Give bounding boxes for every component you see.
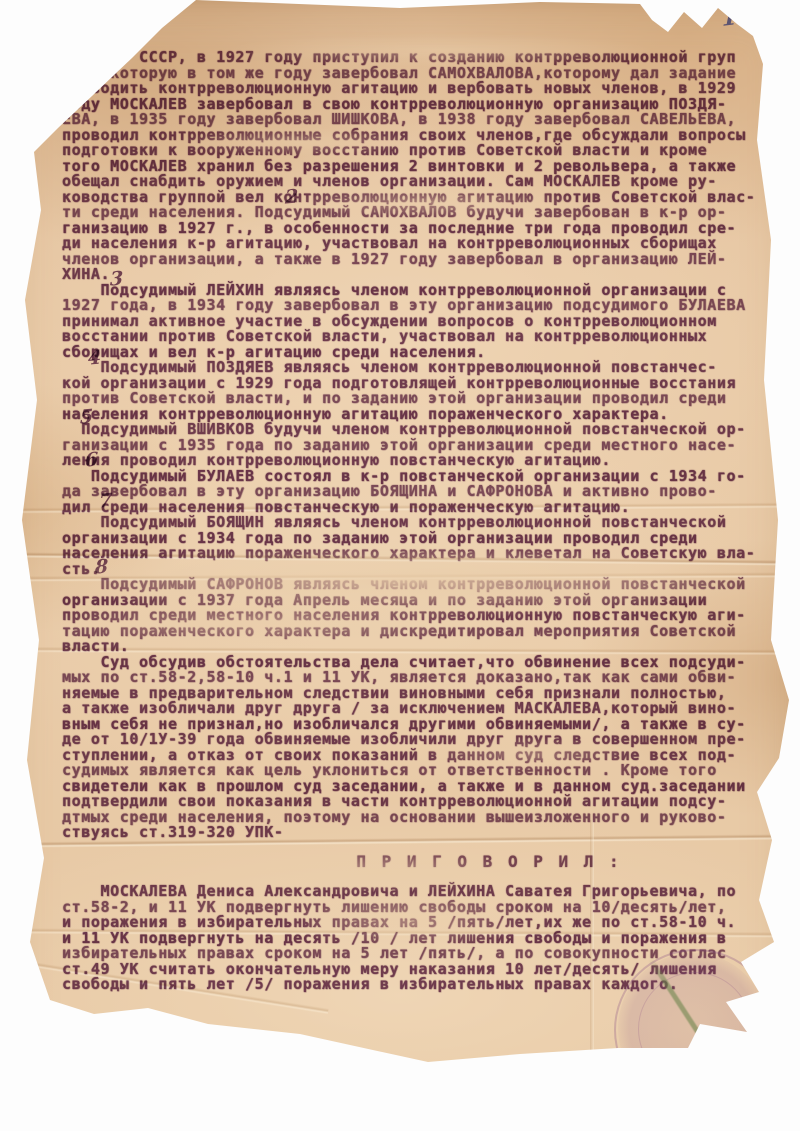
typed-text-block: строя в СССР, в 1927 году приступил к со… [62,50,772,841]
verdict-text-block: МОСКАЛЕВА Дениса Александровича и ЛЕЙХИН… [62,884,772,993]
typed-line: тацию пораженческого характера и дискред… [62,624,772,640]
document-page: строя в СССР, в 1927 году приступил к со… [0,0,800,1131]
typed-line: населения агитацию пораженческого характ… [62,546,772,562]
verdict-heading: П Р И Г О В О Р И Л : [134,852,800,871]
typed-line: членов организации, а также в 1927 году … [62,252,772,268]
handwritten-page-number: 17 [722,2,753,32]
scan-background: строя в СССР, в 1927 году приступил к со… [0,0,800,1131]
typed-line: ствуясь ст.319-320 УПК- [62,825,772,841]
